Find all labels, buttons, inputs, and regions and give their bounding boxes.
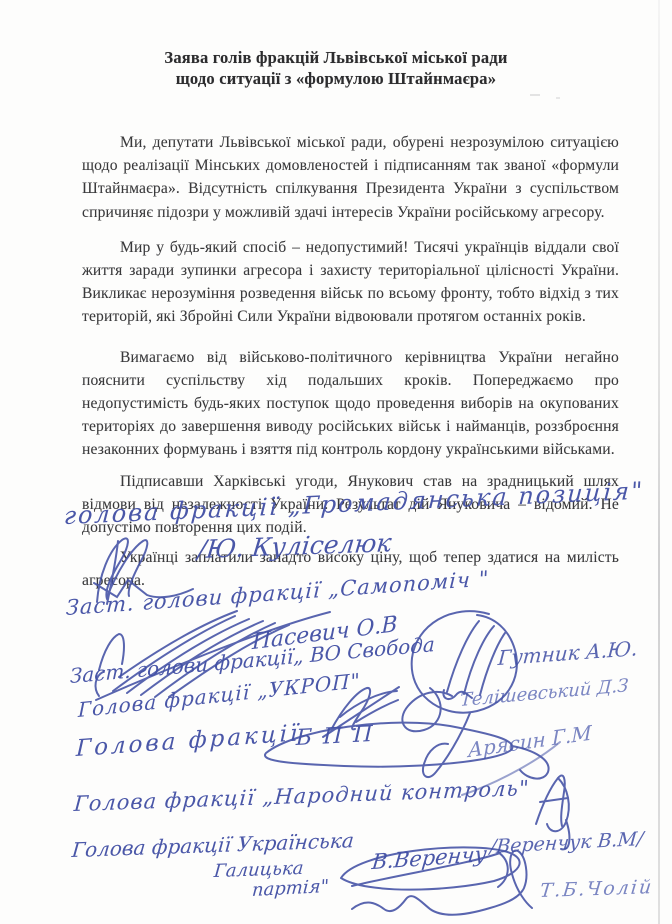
handwritten-head-uhp-line1: Голова фракції Українська xyxy=(71,828,355,862)
handwritten-head-narodnyi-kontrol: Голова фракції „Народний контроль" xyxy=(73,776,530,816)
document-title: Заява голів фракцій Львівської міської р… xyxy=(0,47,672,89)
title-line-2: щодо ситуації з «формулою Штайнмаєра» xyxy=(0,68,672,89)
paragraph-3: Вимагаємо від військово-політичного кері… xyxy=(82,346,619,462)
scan-edge-line xyxy=(658,0,660,924)
handwritten-name-verenchuk: /Веренчук В.М/ xyxy=(489,828,644,858)
handwritten-name-telishevskyi: Телішевський Д.З xyxy=(459,675,629,711)
document-page: Заява голів фракцій Львівської міської р… xyxy=(0,0,672,924)
title-line-1: Заява голів фракцій Львівської міської р… xyxy=(0,47,672,68)
handwritten-name-ariasyn: Арясин Г.М xyxy=(468,721,592,763)
scan-noise xyxy=(556,97,560,99)
handwritten-head-bpp-label: Голова фракції xyxy=(76,720,301,762)
scan-noise xyxy=(530,94,540,96)
handwritten-bpp-abbr: БПП xyxy=(296,721,384,751)
handwritten-name-hutnyk: Гутник А.Ю. xyxy=(497,636,638,670)
paragraph-1: Ми, депутати Львівської міської ради, об… xyxy=(82,131,619,224)
handwritten-head-uhp-line3: партія" xyxy=(251,876,329,901)
handwritten-signature-verenchu: В.Веренчу xyxy=(371,842,488,874)
handwritten-name-cholii: Т.Б.Чолій xyxy=(539,876,655,902)
paragraph-2: Мир у будь-який спосіб – недопустимий! Т… xyxy=(82,236,619,329)
